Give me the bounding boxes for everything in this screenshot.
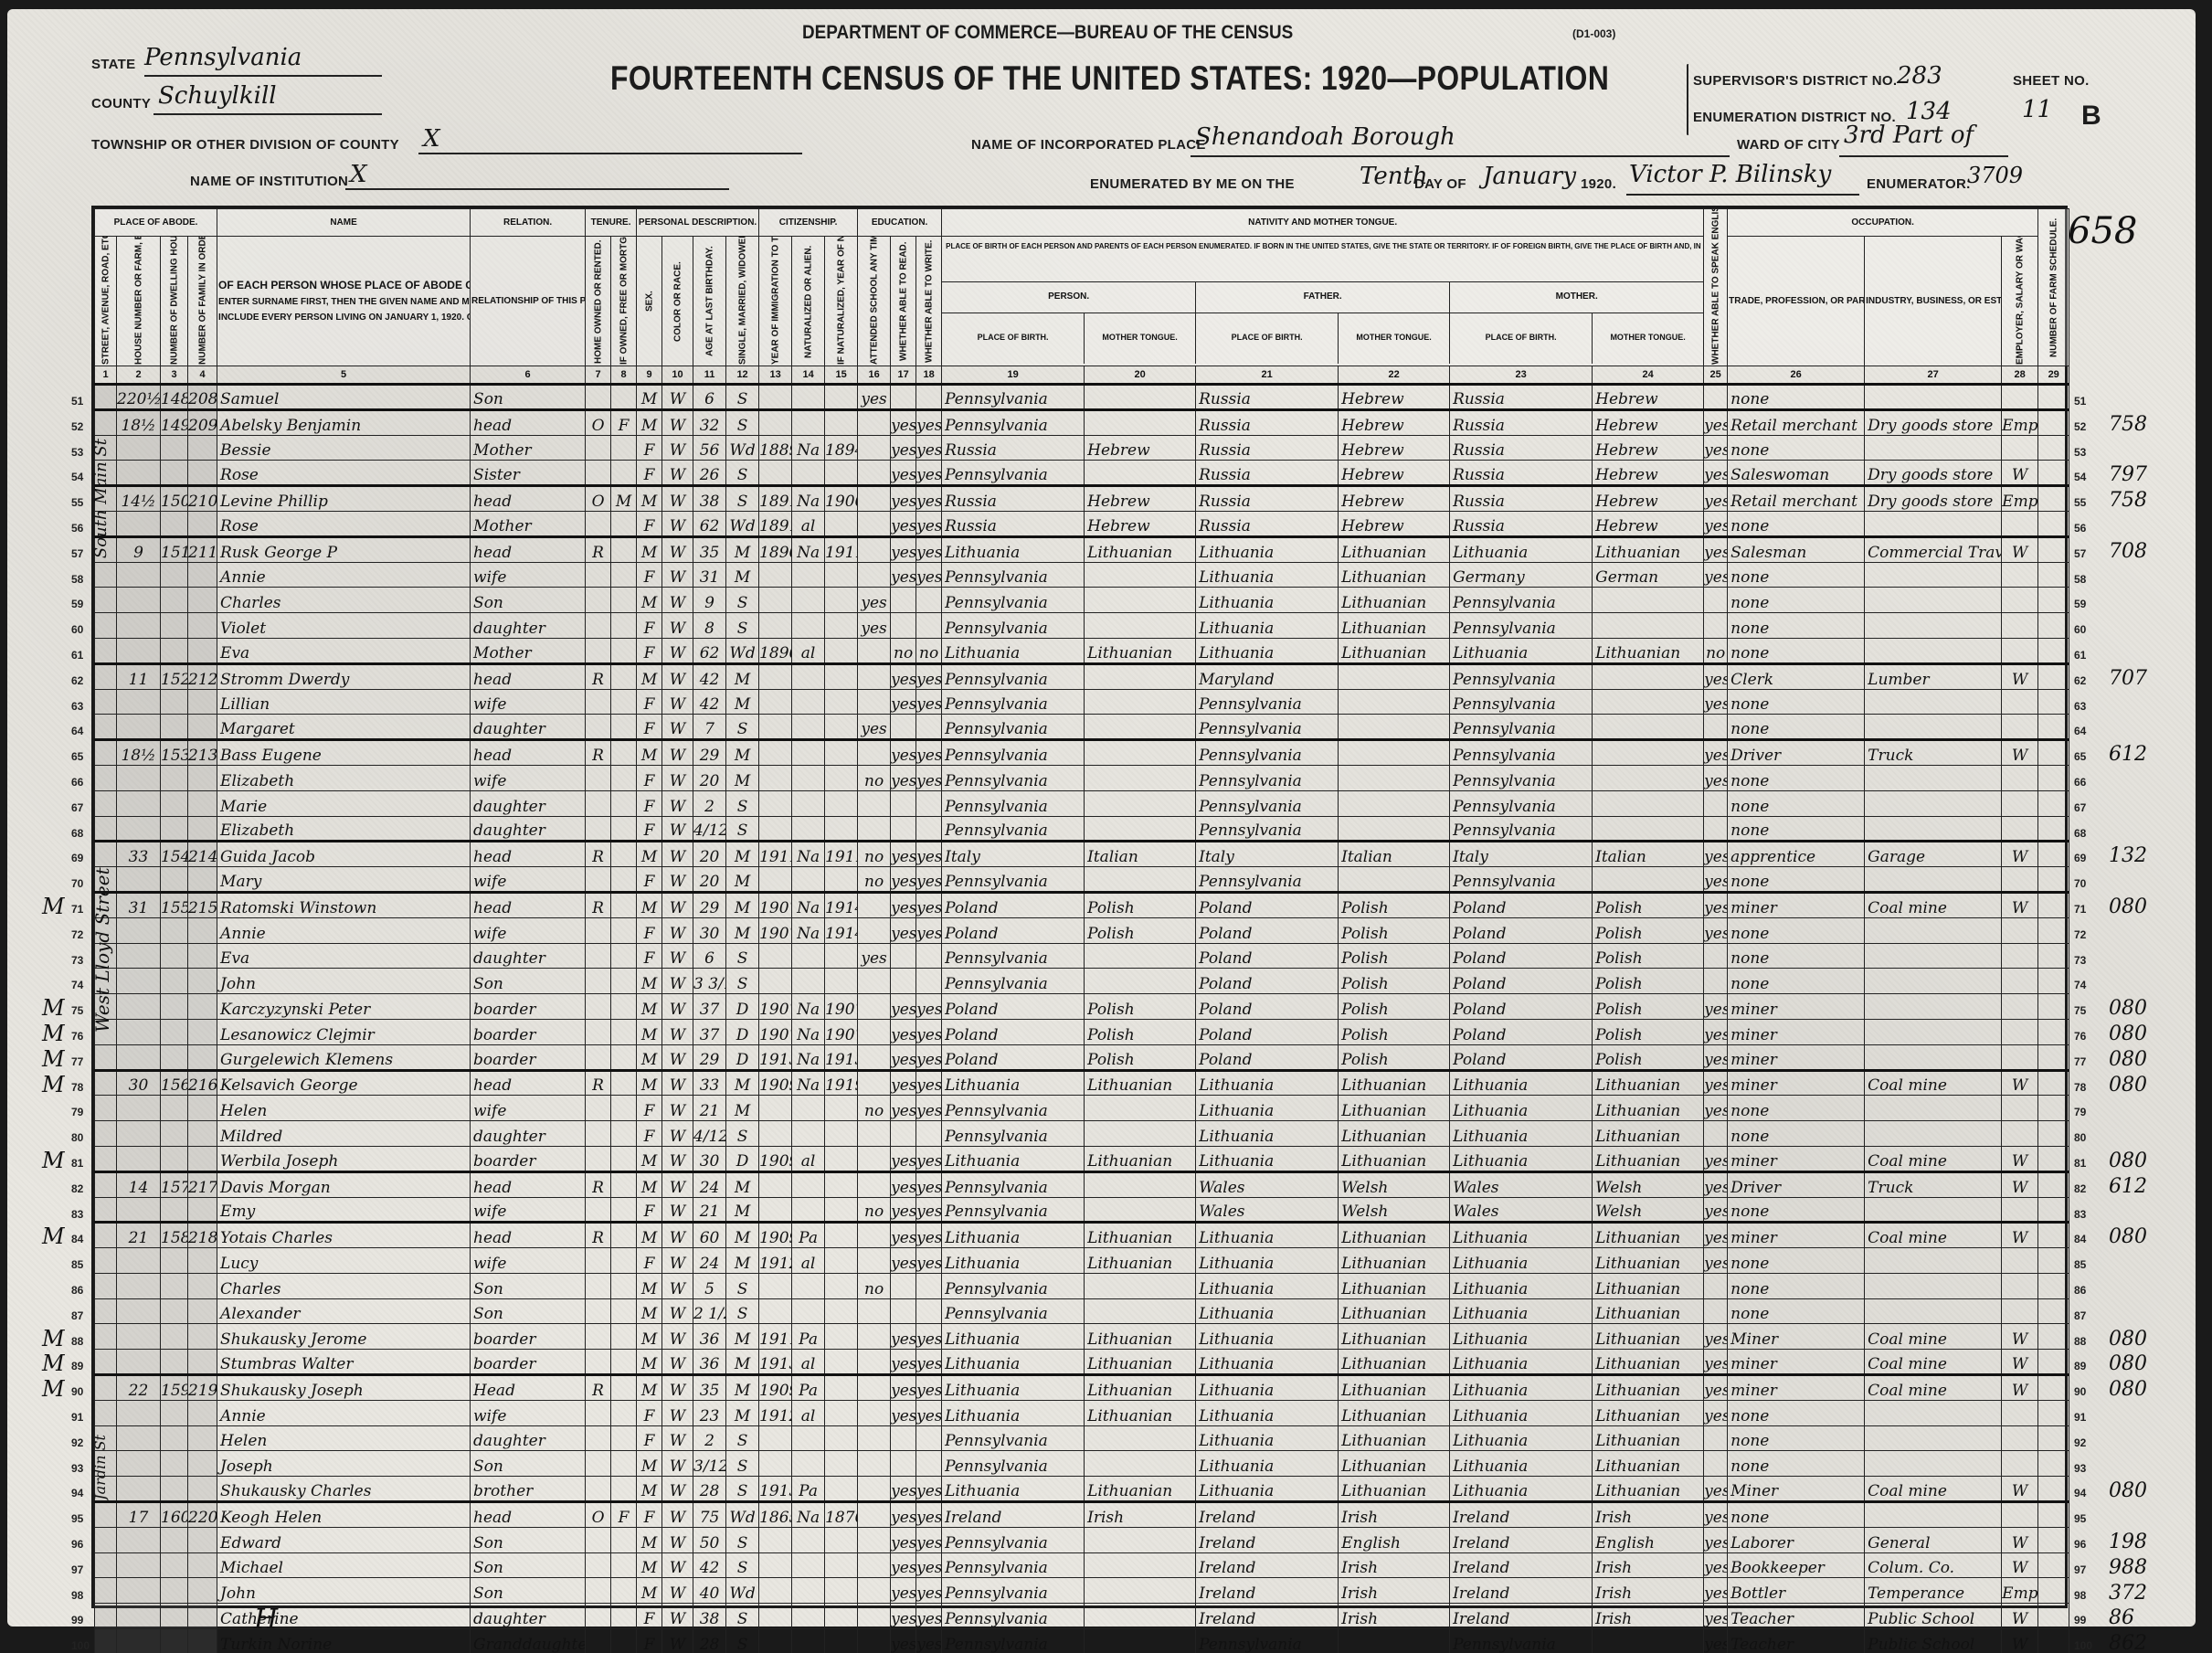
cell-name: Charles: [217, 588, 471, 613]
cell-race: W: [662, 790, 693, 816]
cell-emp: W: [2002, 663, 2038, 689]
cell-dwelling: [161, 1019, 188, 1044]
cell-family: [188, 1451, 217, 1477]
ward-underline: [1839, 155, 2008, 157]
cell-imm: [759, 1096, 792, 1121]
cell-name: Violet: [217, 613, 471, 639]
cell-house: 21: [117, 1223, 161, 1248]
cell-school: [858, 1451, 891, 1477]
sheet-side: B: [2081, 101, 2101, 132]
cell-imm: [759, 1527, 792, 1552]
cell-marital: M: [726, 562, 759, 588]
cell-family: [188, 1197, 217, 1223]
cell-marital: S: [726, 1552, 759, 1578]
cell-fmt: [1339, 740, 1450, 766]
line-number-right: 67: [2074, 801, 2086, 814]
cell-house: [117, 790, 161, 816]
cell-mort: [611, 715, 637, 740]
cell-emp: [2002, 1400, 2038, 1425]
cell-mort: [611, 511, 637, 536]
cell-fmt: [1339, 1629, 1450, 1653]
cell-natyr: [825, 588, 858, 613]
cell-family: [188, 816, 217, 842]
cell-fpob: Lithuania: [1196, 1223, 1339, 1248]
cell-relation: head: [471, 1171, 586, 1197]
cell-age: 37: [693, 1019, 726, 1044]
cell-imm: 1913: [759, 1350, 792, 1375]
cell-mmt: Lithuanian: [1593, 1350, 1704, 1375]
cell-write: yes: [916, 1197, 942, 1223]
table-row: 14157217Davis MorganheadRMW24MyesyesPenn…: [95, 1171, 2069, 1197]
margin-mark: M: [42, 1072, 65, 1097]
cell-pob: Pennsylvania: [942, 740, 1085, 766]
cell-age: 38: [693, 486, 726, 512]
cell-mort: [611, 1223, 637, 1248]
cell-dwelling: [161, 1552, 188, 1578]
table-row: HelenwifeFW21MnoyesyesPennsylvaniaLithua…: [95, 1096, 2069, 1121]
cell-own: [586, 461, 611, 486]
cell-name: Mary: [217, 867, 471, 893]
cell-street: [95, 1552, 117, 1578]
top-right-mark: 658: [2068, 210, 2137, 252]
line-number-left: 91: [71, 1411, 83, 1424]
cell-school: yes: [858, 588, 891, 613]
cell-school: [858, 790, 891, 816]
cell-mort: [611, 536, 637, 562]
cell-relation: daughter: [471, 943, 586, 969]
cell-ind: [1865, 385, 2002, 410]
line-number-right: 97: [2074, 1563, 2086, 1576]
cell-farm: [2038, 1171, 2069, 1197]
cell-sex: M: [637, 536, 662, 562]
cell-natyr: [825, 461, 858, 486]
cell-eng: yes: [1704, 1375, 1728, 1401]
cell-house: [117, 1146, 161, 1171]
cell-pob: Pennsylvania: [942, 765, 1085, 790]
cell-pob: Pennsylvania: [942, 1096, 1085, 1121]
cell-family: [188, 1629, 217, 1653]
cell-own: [586, 943, 611, 969]
cell-school: [858, 1578, 891, 1604]
cell-mpob: Lithuania: [1450, 1324, 1593, 1350]
cell-age: 31: [693, 562, 726, 588]
table-row: JohnSonMW40WdyesyesPennsylvaniaIrelandIr…: [95, 1578, 2069, 1604]
cell-name: Davis Morgan: [217, 1171, 471, 1197]
occupation-code: 080: [2109, 1023, 2147, 1045]
cell-own: R: [586, 1171, 611, 1197]
cell-family: [188, 1273, 217, 1298]
cell-marital: Wd: [726, 1502, 759, 1528]
table-row: RoseSisterFW26SyesyesPennsylvaniaRussiaH…: [95, 461, 2069, 486]
cell-emp: W: [2002, 892, 2038, 917]
cell-name: Bass Eugene: [217, 740, 471, 766]
cell-farm: [2038, 1223, 2069, 1248]
cell-sex: M: [637, 1171, 662, 1197]
cell-sex: F: [637, 1096, 662, 1121]
cell-age: 30: [693, 917, 726, 943]
cell-farm: [2038, 867, 2069, 893]
cell-fpob: Pennsylvania: [1196, 790, 1339, 816]
cell-ind: [1865, 689, 2002, 715]
line-number-right: 52: [2074, 420, 2086, 433]
cell-mt: Polish: [1085, 1019, 1196, 1044]
line-number-right: 87: [2074, 1309, 2086, 1322]
cell-fmt: Lithuanian: [1339, 1223, 1450, 1248]
cell-read: [891, 790, 916, 816]
table-row: 31155215Ratomski WinstownheadRMW29M1907N…: [95, 892, 2069, 917]
cell-race: W: [662, 1044, 693, 1070]
cell-name: Helen: [217, 1425, 471, 1451]
cell-marital: S: [726, 486, 759, 512]
cell-family: [188, 588, 217, 613]
cell-read: yes: [891, 1070, 916, 1096]
cell-nat: [792, 1604, 825, 1629]
table-row: Stumbras WalterboarderMW36M1913alyesyesL…: [95, 1350, 2069, 1375]
cell-natyr: [825, 1451, 858, 1477]
cell-sex: M: [637, 1350, 662, 1375]
cell-race: W: [662, 1171, 693, 1197]
cell-sex: M: [637, 1298, 662, 1324]
column-number: 2: [117, 366, 161, 385]
line-number-left: 90: [71, 1385, 83, 1398]
person-pob-heading: Place of birth.: [942, 313, 1085, 364]
line-number-left: 81: [71, 1157, 83, 1170]
cell-nat: [792, 740, 825, 766]
table-row: 14½150210Levine PhillipheadOMMW38S1891Na…: [95, 486, 2069, 512]
cell-pob: Pennsylvania: [942, 663, 1085, 689]
cell-eng: yes: [1704, 1096, 1728, 1121]
line-number-right: 51: [2074, 395, 2086, 408]
cell-pob: Pennsylvania: [942, 562, 1085, 588]
cell-mmt: [1593, 740, 1704, 766]
line-number-right: 92: [2074, 1436, 2086, 1449]
column-number: 23: [1450, 366, 1593, 385]
cell-family: [188, 867, 217, 893]
cell-own: [586, 1019, 611, 1044]
cell-fpob: Lithuania: [1196, 1146, 1339, 1171]
cell-family: [188, 1604, 217, 1629]
cell-marital: Wd: [726, 1578, 759, 1604]
cell-sex: F: [637, 1248, 662, 1274]
cell-ind: [1865, 1400, 2002, 1425]
cell-marital: M: [726, 536, 759, 562]
cell-eng: [1704, 1451, 1728, 1477]
cell-family: 210: [188, 486, 217, 512]
cell-eng: yes: [1704, 562, 1728, 588]
cell-name: Michael: [217, 1552, 471, 1578]
cell-read: [891, 943, 916, 969]
cell-dwelling: [161, 1121, 188, 1147]
cell-farm: [2038, 740, 2069, 766]
cell-name: Shukausky Jerome: [217, 1324, 471, 1350]
cell-fmt: [1339, 765, 1450, 790]
cell-emp: [2002, 1273, 2038, 1298]
cell-dwelling: [161, 715, 188, 740]
cell-emp: [2002, 1019, 2038, 1044]
column-number: 11: [693, 366, 726, 385]
cell-family: [188, 562, 217, 588]
cell-natyr: 1911: [825, 842, 858, 867]
cell-fmt: Polish: [1339, 892, 1450, 917]
cell-mt: Hebrew: [1085, 511, 1196, 536]
sub-nativity: Place of birth of each person and parent…: [942, 237, 1704, 366]
line-number-left: 83: [71, 1208, 83, 1221]
cell-occ: Bookkeeper: [1728, 1552, 1865, 1578]
cell-house: [117, 1298, 161, 1324]
county-value: Schuylkill: [158, 82, 277, 110]
cell-house: [117, 1527, 161, 1552]
cell-own: [586, 1578, 611, 1604]
sub-house-number: House number or farm, etc.: [117, 237, 161, 366]
nativity-title: NATIVITY AND MOTHER TONGUE.: [943, 217, 1702, 228]
cell-school: [858, 1223, 891, 1248]
line-number-right: 55: [2074, 496, 2086, 509]
cell-ind: [1865, 969, 2002, 994]
sub-employer: Employer, salary or wage worker, or work…: [2002, 237, 2038, 366]
cell-own: [586, 588, 611, 613]
cell-eng: yes: [1704, 1146, 1728, 1171]
cell-age: 75: [693, 1502, 726, 1528]
cell-school: [858, 1552, 891, 1578]
table-row: 21158218Yotais CharlesheadRMW60M1909Paye…: [95, 1223, 2069, 1248]
cell-occ: miner: [1728, 1044, 1865, 1070]
cell-family: [188, 765, 217, 790]
cell-sex: M: [637, 1527, 662, 1552]
cell-fpob: Poland: [1196, 892, 1339, 917]
cell-emp: W: [2002, 1629, 2038, 1653]
line-number-right: 84: [2074, 1233, 2086, 1245]
cell-pob: Pennsylvania: [942, 1527, 1085, 1552]
father-mt-heading: Mother tongue.: [1339, 313, 1450, 364]
cell-occ: Driver: [1728, 740, 1865, 766]
cell-eng: [1704, 715, 1728, 740]
line-number-left: 62: [71, 674, 83, 687]
cell-fpob: Pennsylvania: [1196, 689, 1339, 715]
cell-fmt: Lithuanian: [1339, 1400, 1450, 1425]
cell-fpob: Russia: [1196, 409, 1339, 435]
cell-read: yes: [891, 1248, 916, 1274]
cell-school: no: [858, 1197, 891, 1223]
line-number-left: 72: [71, 928, 83, 941]
cell-occ: none: [1728, 1502, 1865, 1528]
cell-occ: none: [1728, 1400, 1865, 1425]
cell-relation: daughter: [471, 613, 586, 639]
margin-mark: M: [42, 995, 65, 1021]
cell-fpob: Lithuania: [1196, 1298, 1339, 1324]
line-number-left: 97: [71, 1563, 83, 1576]
cell-eng: yes: [1704, 1223, 1728, 1248]
cell-marital: M: [726, 1350, 759, 1375]
cell-family: 212: [188, 663, 217, 689]
cell-imm: [759, 1629, 792, 1653]
cell-sex: F: [637, 511, 662, 536]
cell-school: yes: [858, 613, 891, 639]
cell-eng: yes: [1704, 842, 1728, 867]
cell-own: [586, 1400, 611, 1425]
cell-nat: [792, 816, 825, 842]
line-number-left: 65: [71, 750, 83, 763]
cell-relation: head: [471, 1223, 586, 1248]
line-number-left: 80: [71, 1131, 83, 1144]
cell-fpob: Poland: [1196, 917, 1339, 943]
cell-relation: Son: [471, 385, 586, 410]
cell-fmt: Lithuanian: [1339, 1375, 1450, 1401]
cell-occ: miner: [1728, 1146, 1865, 1171]
cell-read: [891, 613, 916, 639]
table-row: Shukausky JeromeboarderMW36M1911Payesyes…: [95, 1324, 2069, 1350]
cell-dwelling: [161, 867, 188, 893]
cell-ind: [1865, 917, 2002, 943]
cell-marital: S: [726, 409, 759, 435]
cell-house: [117, 638, 161, 663]
cell-mt: [1085, 409, 1196, 435]
cell-street: [95, 1324, 117, 1350]
cell-occ: none: [1728, 816, 1865, 842]
cell-house: [117, 1604, 161, 1629]
cell-natyr: [825, 638, 858, 663]
cell-emp: [2002, 943, 2038, 969]
cell-dwelling: [161, 1400, 188, 1425]
cell-marital: Wd: [726, 435, 759, 461]
cell-dwelling: 151: [161, 536, 188, 562]
cell-imm: 1909: [759, 1070, 792, 1096]
cell-age: 24: [693, 1171, 726, 1197]
street-label-jardin: Jardin St: [91, 1435, 109, 1500]
cell-mmt: Irish: [1593, 1604, 1704, 1629]
sub-write: Whether able to write.: [916, 237, 942, 366]
cell-fpob: Pennsylvania: [1196, 715, 1339, 740]
cell-race: W: [662, 663, 693, 689]
cell-imm: [759, 1273, 792, 1298]
cell-read: [891, 588, 916, 613]
sub-nat-year: If naturalized, year of naturalization.: [825, 237, 858, 366]
cell-school: [858, 486, 891, 512]
cell-ind: [1865, 790, 2002, 816]
cell-pob: Pennsylvania: [942, 943, 1085, 969]
cell-eng: yes: [1704, 867, 1728, 893]
cell-race: W: [662, 1477, 693, 1502]
line-number-left: 66: [71, 776, 83, 789]
line-number-left: 54: [71, 471, 83, 483]
cell-fmt: [1339, 715, 1450, 740]
cell-sex: F: [637, 765, 662, 790]
cell-sex: M: [637, 1273, 662, 1298]
cell-race: W: [662, 409, 693, 435]
cell-relation: head: [471, 1070, 586, 1096]
occupation-code: 758: [2109, 489, 2147, 512]
cell-age: 62: [693, 638, 726, 663]
cell-read: yes: [891, 1044, 916, 1070]
cell-nat: Na: [792, 994, 825, 1020]
cell-mmt: Lithuanian: [1593, 1096, 1704, 1121]
cell-read: yes: [891, 461, 916, 486]
cell-sex: F: [637, 638, 662, 663]
cell-dwelling: 159: [161, 1375, 188, 1401]
cell-mt: Italian: [1085, 842, 1196, 867]
occupation-code: 080: [2109, 895, 2147, 918]
occupation-code: 080: [2109, 1328, 2147, 1351]
cell-school: [858, 994, 891, 1020]
column-number: 7: [586, 366, 611, 385]
cell-family: 208: [188, 385, 217, 410]
line-number-right: 98: [2074, 1589, 2086, 1602]
mother-mt-heading: Mother tongue.: [1593, 313, 1703, 364]
cell-dwelling: [161, 461, 188, 486]
cell-mmt: Lithuanian: [1593, 1223, 1704, 1248]
cell-race: W: [662, 562, 693, 588]
cell-mpob: Lithuania: [1450, 1096, 1593, 1121]
cell-race: W: [662, 943, 693, 969]
enumerated-month: January: [1483, 163, 1576, 190]
cell-house: [117, 1400, 161, 1425]
cell-school: [858, 1019, 891, 1044]
cell-farm: [2038, 613, 2069, 639]
cell-read: yes: [891, 1502, 916, 1528]
cell-sex: F: [637, 917, 662, 943]
line-number-right: 65: [2074, 750, 2086, 763]
cell-write: yes: [916, 1604, 942, 1629]
cell-imm: [759, 740, 792, 766]
cell-ind: [1865, 943, 2002, 969]
cell-nat: al: [792, 1248, 825, 1274]
cell-nat: [792, 461, 825, 486]
cell-family: 217: [188, 1171, 217, 1197]
cell-fmt: Lithuanian: [1339, 536, 1450, 562]
cell-fpob: Ireland: [1196, 1527, 1339, 1552]
cell-occ: none: [1728, 588, 1865, 613]
cell-mt: [1085, 1273, 1196, 1298]
cell-read: yes: [891, 435, 916, 461]
cell-nat: [792, 1451, 825, 1477]
department-heading: DEPARTMENT OF COMMERCE—BUREAU OF THE CEN…: [802, 22, 1293, 44]
sub-read: Whether able to read.: [891, 237, 916, 366]
cell-relation: Son: [471, 588, 586, 613]
cell-marital: M: [726, 892, 759, 917]
cell-fpob: Russia: [1196, 511, 1339, 536]
cell-ind: [1865, 1019, 2002, 1044]
cell-occ: none: [1728, 1298, 1865, 1324]
cell-farm: [2038, 385, 2069, 410]
cell-mmt: Lithuanian: [1593, 1400, 1704, 1425]
enumerator-underline: [1626, 194, 1859, 196]
cell-ind: [1865, 1096, 2002, 1121]
cell-house: 33: [117, 842, 161, 867]
cell-farm: [2038, 790, 2069, 816]
cell-house: [117, 613, 161, 639]
cell-fmt: Polish: [1339, 1044, 1450, 1070]
cell-fmt: [1339, 663, 1450, 689]
cell-relation: boarder: [471, 1324, 586, 1350]
cell-fpob: Lithuania: [1196, 1375, 1339, 1401]
cell-mt: [1085, 1298, 1196, 1324]
cell-farm: [2038, 1604, 2069, 1629]
occupation-code: 080: [2109, 1074, 2147, 1097]
occupation-code: 080: [2109, 1048, 2147, 1071]
table-row: 18½149209Abelsky BenjaminheadOFMW32Syesy…: [95, 409, 2069, 435]
cell-mort: [611, 562, 637, 588]
cell-mpob: Pennsylvania: [1450, 765, 1593, 790]
cell-street: [95, 1400, 117, 1425]
ward-value: 3rd Part of: [1844, 122, 1974, 149]
table-row: ElizabethdaughterFW4/12SPennsylvaniaPenn…: [95, 816, 2069, 842]
cell-sex: F: [637, 613, 662, 639]
occupation-code: 708: [2109, 540, 2147, 563]
cell-imm: 1912: [759, 1248, 792, 1274]
cell-own: [586, 435, 611, 461]
cell-natyr: 1900: [825, 486, 858, 512]
cell-eng: yes: [1704, 1477, 1728, 1502]
cell-relation: wife: [471, 765, 586, 790]
